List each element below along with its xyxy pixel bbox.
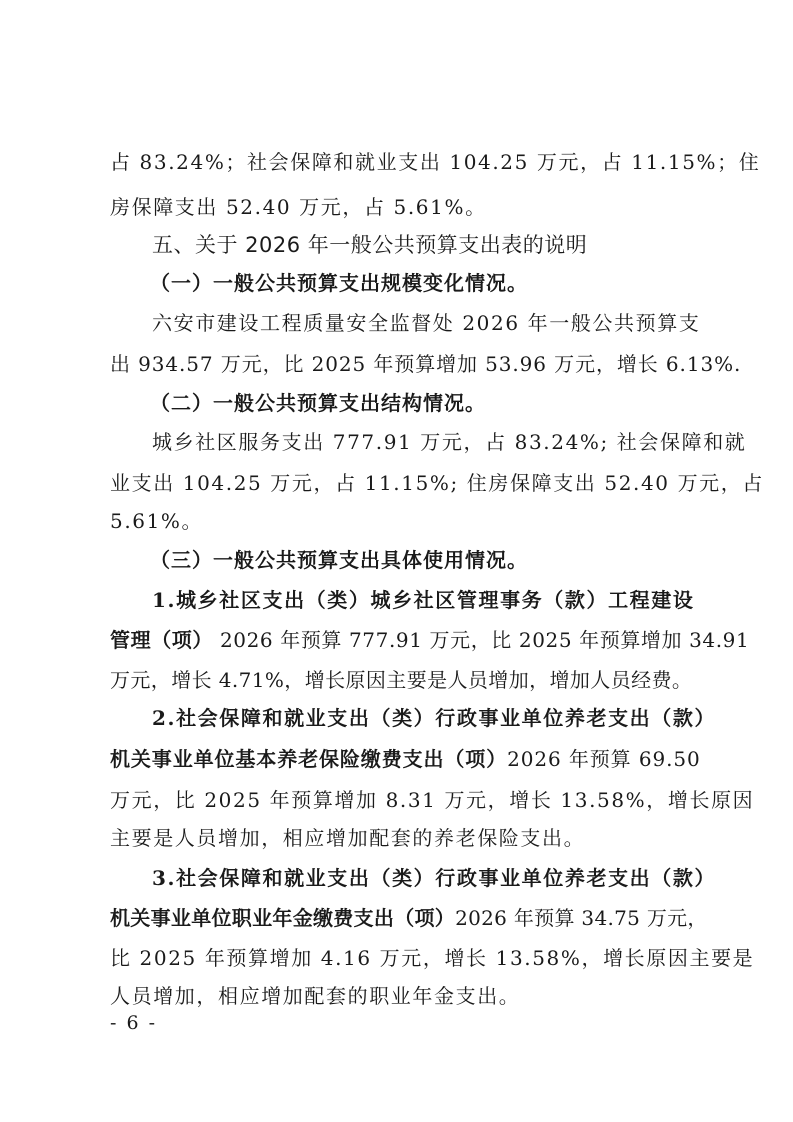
item-3-title: 3.社会保障和就业支出（类）行政事业单位养老支出（款） <box>152 866 688 890</box>
paragraph-line: 人员增加，相应增加配套的职业年金支出。 <box>110 984 688 1008</box>
item-2-title: 2.社会保障和就业支出（类）行政事业单位养老支出（款） <box>152 706 688 730</box>
paragraph-line: 比 2025 年预算增加 4.16 万元，增长 13.58%，增长原因主要是 <box>110 946 688 970</box>
paragraph-line: 万元，比 2025 年预算增加 8.31 万元，增长 13.58%，增长原因 <box>110 788 688 812</box>
subsection-heading: （三）一般公共预算支出具体使用情况。 <box>150 548 728 572</box>
item-2-category: 机关事业单位基本养老保险缴费支出（项） <box>110 747 507 771</box>
paragraph-line: 主要是人员增加，相应增加配套的养老保险支出。 <box>110 826 688 850</box>
subsection-heading: （二）一般公共预算支出结构情况。 <box>150 391 728 415</box>
item-2-line: 机关事业单位基本养老保险缴费支出（项）2026 年预算 69.50 <box>110 747 688 771</box>
subsection-heading: （一）一般公共预算支出规模变化情况。 <box>150 271 728 295</box>
paragraph-line: 万元，增长 4.71%，增长原因主要是人员增加，增加人员经费。 <box>110 668 688 692</box>
item-1-amount: 2026 年预算 777.91 万元，比 2025 年预算增加 34.91 <box>213 628 749 652</box>
paragraph-line: 六安市建设工程质量安全监督处 2026 年一般公共预算支 <box>152 311 688 335</box>
paragraph-line: 占 83.24%；社会保障和就业支出 104.25 万元，占 11.15%；住 <box>110 150 688 174</box>
section-heading: 五、关于 2026 年一般公共预算支出表的说明 <box>152 233 730 257</box>
page-number: - 6 - <box>110 1012 157 1034</box>
paragraph-line: 城乡社区服务支出 777.91 万元，占 83.24%; 社会保障和就 <box>152 430 688 454</box>
paragraph-line: 5.61%。 <box>110 509 688 533</box>
item-3-category: 机关事业单位职业年金缴费支出（项） <box>110 906 455 930</box>
item-1-category: 管理（项） <box>110 628 213 652</box>
paragraph-line: 出 934.57 万元，比 2025 年预算增加 53.96 万元，增长 6.1… <box>110 352 688 376</box>
item-3-line: 机关事业单位职业年金缴费支出（项）2026 年预算 34.75 万元， <box>110 906 688 930</box>
item-1-line: 管理（项） 2026 年预算 777.91 万元，比 2025 年预算增加 34… <box>110 628 688 652</box>
item-3-amount: 2026 年预算 34.75 万元， <box>455 906 708 930</box>
item-1-title: 1.城乡社区支出（类）城乡社区管理事务（款）工程建设 <box>152 588 688 612</box>
document-page: 占 83.24%；社会保障和就业支出 104.25 万元，占 11.15%；住 … <box>0 0 793 1122</box>
paragraph-line: 房保障支出 52.40 万元，占 5.61%。 <box>110 195 688 219</box>
item-2-amount: 2026 年预算 69.50 <box>507 747 700 771</box>
paragraph-line: 业支出 104.25 万元，占 11.15%; 住房保障支出 52.40 万元，… <box>110 471 688 495</box>
